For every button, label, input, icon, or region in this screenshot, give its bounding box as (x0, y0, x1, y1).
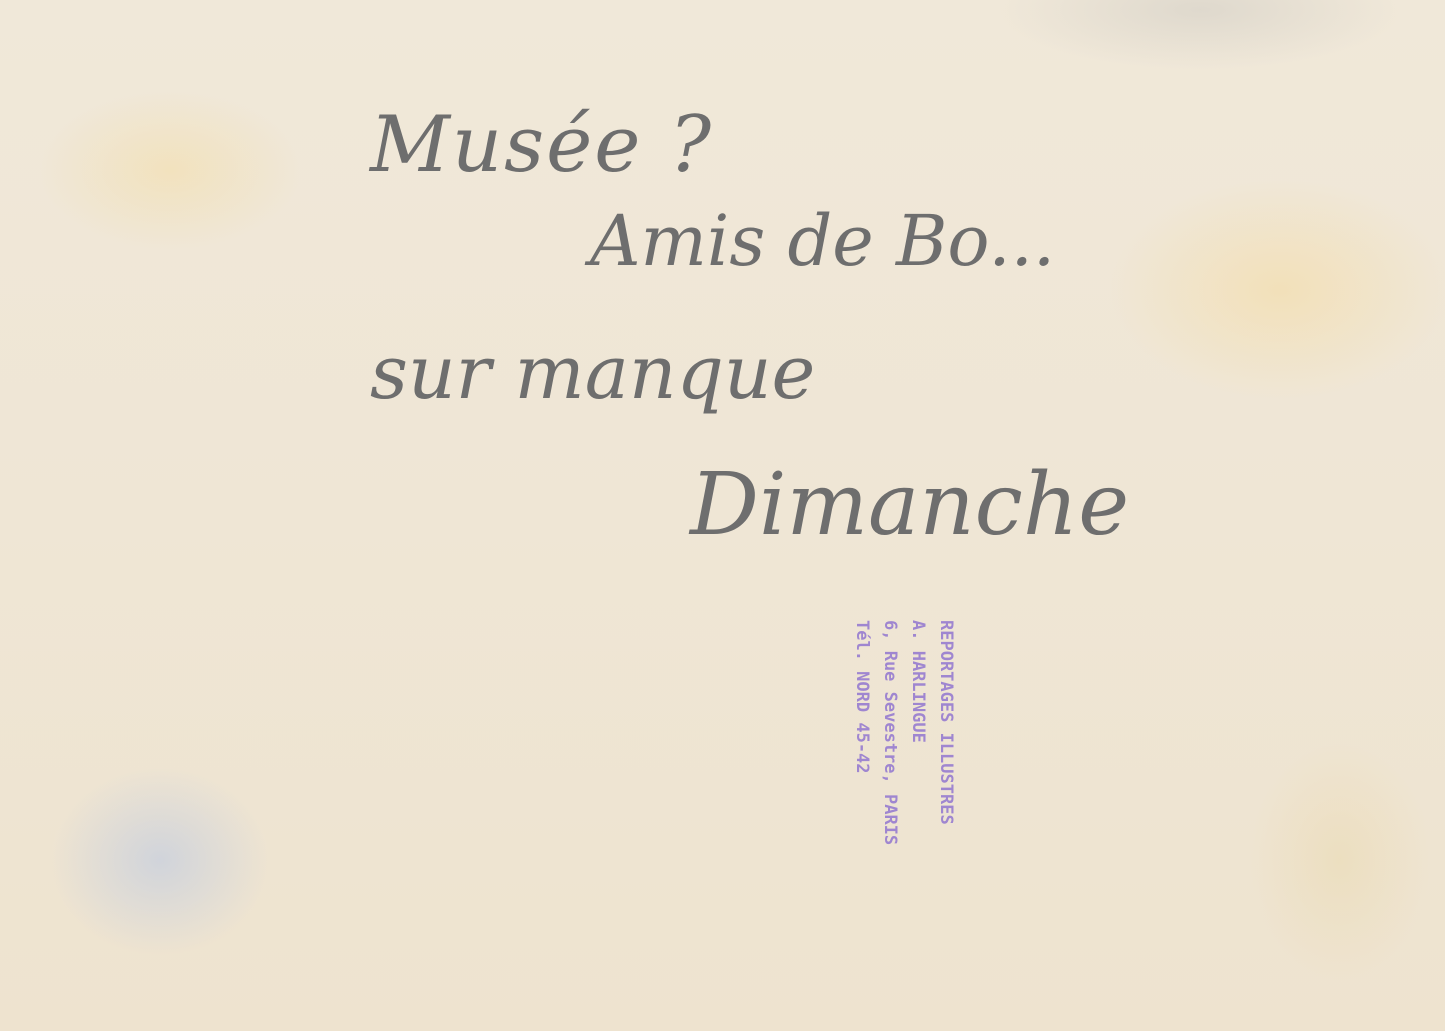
stamp-line-2: A. HARLINGUE (904, 620, 932, 930)
stamp-line-4: Tél. NORD 45-42 (848, 620, 876, 930)
handwriting-line-2: Amis de Bo... (590, 200, 1055, 282)
photographer-stamp: REPORTAGES ILLUSTRES A. HARLINGUE 6, Rue… (820, 620, 960, 930)
handwriting-line-3: sur manque (370, 330, 815, 416)
stamp-line-3: 6, Rue Sevestre, PARIS (876, 620, 904, 930)
photo-back: Musée ? Amis de Bo... sur manque Dimanch… (0, 0, 1445, 1031)
handwriting-line-4: Dimanche (690, 455, 1129, 555)
handwriting-line-1: Musée ? (370, 100, 713, 190)
stamp-line-1: REPORTAGES ILLUSTRES (932, 620, 960, 930)
